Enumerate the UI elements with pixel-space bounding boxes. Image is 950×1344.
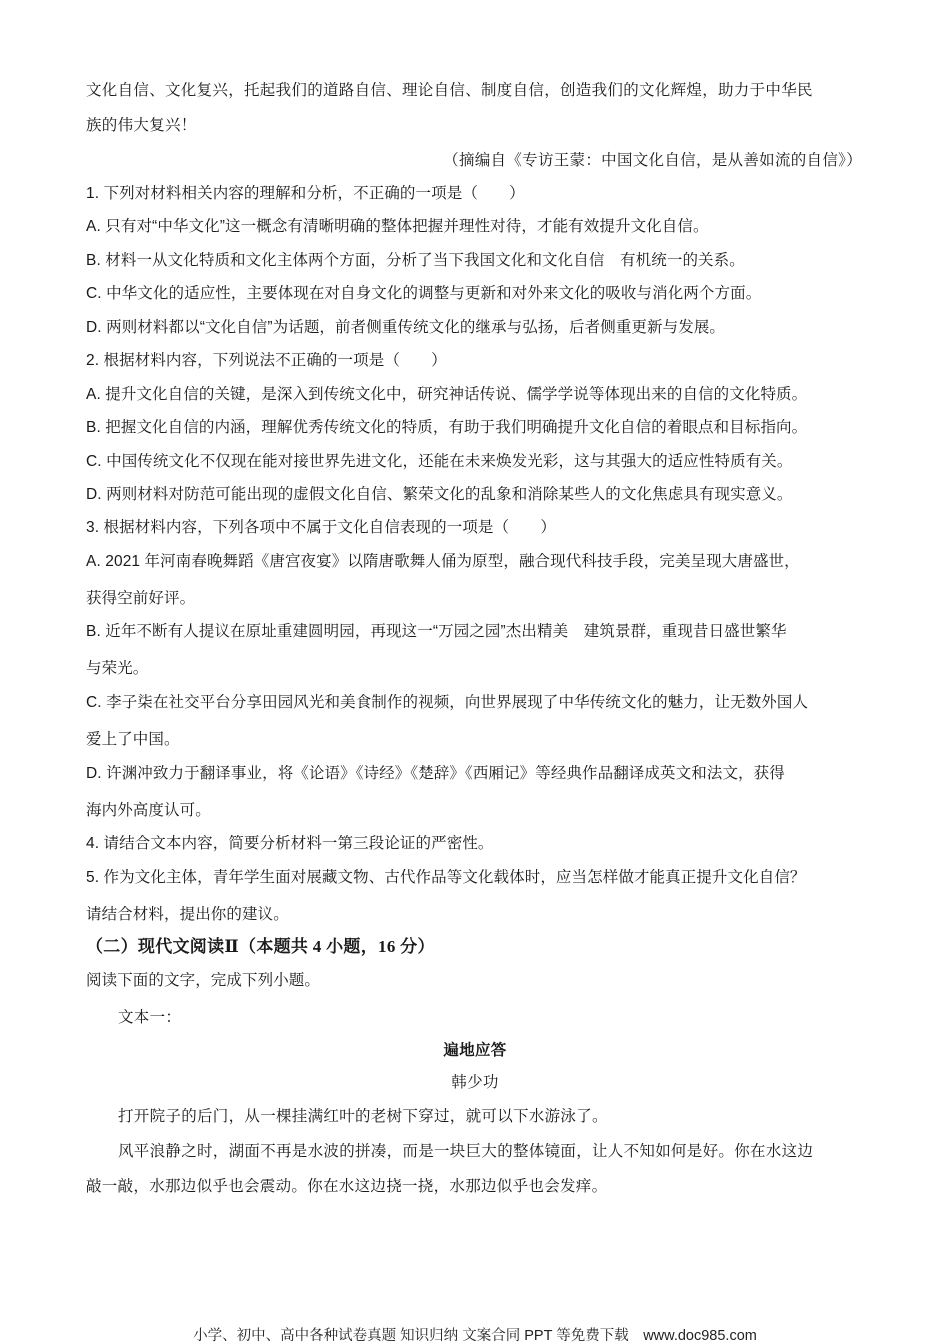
question-2-option-c: C. 中国传统文化不仅现在能对接世界先进文化，还能在未来焕发光彩，这与其强大的适…: [86, 452, 793, 472]
text-label: 文本一：: [118, 1007, 181, 1027]
article-author: 韩少功: [0, 1072, 950, 1092]
question-1-option-b: B. 材料一从文化特质和文化主体两个方面，分析了当下我国文化和文化自信 有机统一…: [86, 251, 745, 271]
question-1-option-a: A. 只有对“中华文化”这一概念有清晰明确的整体把握并理性对待，才能有效提升文化…: [86, 217, 709, 237]
question-1-option-d: D. 两则材料都以“文化自信”为话题，前者侧重传统文化的继承与弘扬，后者侧重更新…: [86, 318, 725, 338]
section-heading: （二）现代文阅读Ⅱ（本题共 4 小题，16 分）: [86, 937, 435, 957]
question-1-option-c: C. 中华文化的适应性，主要体现在对自身文化的调整与更新和对外来文化的吸收与消化…: [86, 284, 761, 304]
material-text-line: 族的伟大复兴！: [86, 115, 197, 135]
page-footer-ad: 小学、初中、高中各种试卷真题 知识归纳 文案合同 PPT 等免费下载 www.d…: [0, 1324, 950, 1344]
material-text-line: 文化自信、文化复兴，托起我们的道路自信、理论自信、制度自信，创造我们的文化辉煌，…: [86, 80, 813, 100]
question-3-option-d: D. 许渊冲致力于翻译事业，将《论语》《诗经》《楚辞》《西厢记》等经典作品翻译成…: [86, 764, 785, 784]
question-2-option-a: A. 提升文化自信的关键，是深入到传统文化中，研究神话传说、儒学学说等体现出来的…: [86, 385, 807, 405]
question-4-stem: 4. 请结合文本内容，简要分析材料一第三段论证的严密性。: [86, 834, 494, 854]
question-1-stem: 1. 下列对材料相关内容的理解和分析，不正确的一项是（ ）: [86, 184, 525, 204]
question-5-stem: 5. 作为文化主体，青年学生面对展藏文物、古代作品等文化载体时，应当怎样做才能真…: [86, 868, 806, 888]
article-paragraph-2: 风平浪静之时，湖面不再是水波的拼凑，而是一块巨大的整体镜面，让人不知如何是好。你…: [118, 1141, 813, 1161]
section-instruction: 阅读下面的文字，完成下列小题。: [86, 971, 320, 991]
article-paragraph-2-cont: 敲一敲，水那边似乎也会震动。你在水这边挠一挠，水那边似乎也会发痒。: [86, 1176, 607, 1196]
material-source-citation: （摘编自《专访王蒙：中国文化自信，是从善如流的自信》）: [443, 150, 862, 170]
article-title: 遍地应答: [0, 1040, 950, 1060]
question-2-option-b: B. 把握文化自信的内涵，理解优秀传统文化的特质，有助于我们明确提升文化自信的着…: [86, 418, 807, 438]
question-3-stem: 3. 根据材料内容，下列各项中不属于文化自信表现的一项是（ ）: [86, 518, 556, 538]
question-2-stem: 2. 根据材料内容，下列说法不正确的一项是（ ）: [86, 351, 447, 371]
article-paragraph-1: 打开院子的后门，从一棵挂满红叶的老树下穿过，就可以下水游泳了。: [118, 1106, 608, 1126]
question-2-option-d: D. 两则材料对防范可能出现的虚假文化自信、繁荣文化的乱象和消除某些人的文化焦虑…: [86, 485, 793, 505]
question-3-option-c: C. 李子柒在社交平台分享田园风光和美食制作的视频，向世界展现了中华传统文化的魅…: [86, 693, 808, 713]
question-5-stem-cont: 请结合材料，提出你的建议。: [86, 905, 289, 925]
question-3-option-a: A. 2021 年河南春晚舞蹈《唐宫夜宴》以隋唐歌舞人俑为原型，融合现代科技手段…: [86, 552, 800, 572]
question-3-option-b-cont: 与荣光。: [86, 659, 148, 679]
question-3-option-b: B. 近年不断有人提议在原址重建圆明园，再现这一“万园之园”杰出精美 建筑景群，…: [86, 622, 787, 642]
question-3-option-c-cont: 爱上了中国。: [86, 730, 180, 750]
question-3-option-d-cont: 海内外高度认可。: [86, 801, 211, 821]
question-3-option-a-cont: 获得空前好评。: [86, 589, 195, 609]
document-page: 文化自信、文化复兴，托起我们的道路自信、理论自信、制度自信，创造我们的文化辉煌，…: [0, 0, 950, 1344]
